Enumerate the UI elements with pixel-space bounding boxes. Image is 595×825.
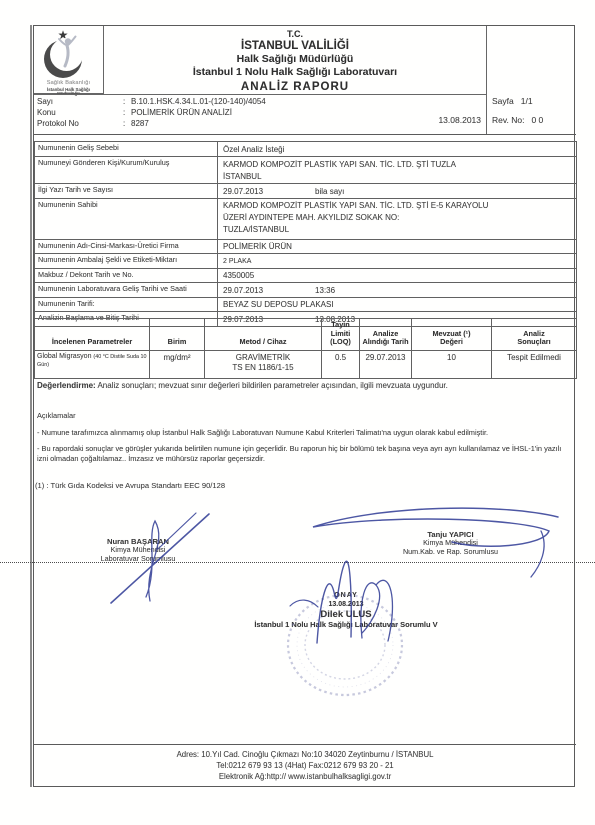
evaluation-line: Değerlendirme: Analiz sonuçları; mevzuat… <box>37 381 571 390</box>
col-loq: Tayin Limiti (LOQ) <box>322 319 360 351</box>
header-meta: Sayı:B.10.1.HSK.4.34.L.01-(120-140)/4054… <box>34 96 486 129</box>
col-analysis-date: Analize Alındığı Tarih <box>360 319 412 351</box>
page-info-cell: Sayfa1/1 Rev. No:0 0 <box>486 26 576 134</box>
info-row: Numunenin Adı-Cinsi-Markası-Üretici Firm… <box>35 239 577 254</box>
info-row: Numunenin Ambalaj Şekli ve Etiketi-Mikta… <box>35 254 577 269</box>
title-laboratory: İstanbul 1 Nolu Halk Sağlığı Laboratuvar… <box>104 66 486 79</box>
results-header-row: İncelenen Parametreler Birim Metod / Cih… <box>35 319 577 351</box>
divider <box>34 134 576 135</box>
meta-row-sayi: Sayı:B.10.1.HSK.4.34.L.01-(120-140)/4054 <box>34 96 486 107</box>
info-row: Numunenin Geliş Sebebi Özel Analiz İsteğ… <box>35 142 577 157</box>
scan-edge-artifact <box>30 25 32 787</box>
revision-number: Rev. No:0 0 <box>492 115 543 125</box>
info-row: Numuneyi Gönderen Kişi/Kurum/Kuruluş KAR… <box>35 157 577 184</box>
result-cell: Tespit Edilmedi <box>492 351 577 379</box>
title-governorship: İSTANBUL VALİLİĞİ <box>104 40 486 53</box>
logo-caption: Sağlık Bakanlığı <box>34 80 103 86</box>
approver-title: İstanbul 1 Nolu Halk Sağlığı Laboratuvar… <box>214 620 478 630</box>
regulation-value-cell: 10 <box>412 351 492 379</box>
col-method: Metod / Cihaz <box>205 319 322 351</box>
logo-cell: ★ Sağlık Bakanlığı İstanbul Halk Sağlığı… <box>34 26 104 94</box>
note-item: - Bu rapordaki sonuçlar ve görüşler yuka… <box>37 444 571 463</box>
footer-address: Adres: 10.Yıl Cad. Cinoğlu Çıkmazı No:10… <box>34 749 576 760</box>
meta-row-konu: Konu:POLİMERİK ÜRÜN ANALİZİ <box>34 107 486 118</box>
method-cell: GRAVİMETRİKTS EN 1186/1-15 <box>205 351 322 379</box>
info-row: İlgi Yazı Tarih ve Sayısı 29.07.2013bila… <box>35 184 577 199</box>
col-regulation-value: Mevzuat (¹) Değeri <box>412 319 492 351</box>
notes-block: Açıklamalar - Numune tarafımızca alınmam… <box>37 411 571 463</box>
divider <box>34 94 486 95</box>
col-result: Analiz Sonuçları <box>492 319 577 351</box>
report-frame: ★ Sağlık Bakanlığı İstanbul Halk Sağlığı… <box>33 25 575 787</box>
approver-name: Dilek ULUS <box>214 609 478 620</box>
signatory-right: Tanju YAPICI Kimya Mühendisi Num.Kab. ve… <box>378 530 523 557</box>
footer-phone: Tel:0212 679 93 13 (4Hat) Fax:0212 679 9… <box>34 760 576 771</box>
footer-block: Adres: 10.Yıl Cad. Cinoğlu Çıkmazı No:10… <box>34 744 576 788</box>
info-row: Numunenin Laboratuvara Geliş Tarihi ve S… <box>35 283 577 298</box>
evaluation-text: Analiz sonuçları; mevzuat sınır değerler… <box>97 381 447 390</box>
approval-word: ONAY <box>214 591 478 600</box>
approval-date: 13.08.2013 <box>214 600 478 609</box>
report-title: ANALİZ RAPORU <box>104 80 486 95</box>
footer-web: Elektronik Ağ:http:// www.istanbulhalksa… <box>34 771 576 782</box>
scanned-analysis-report: ★ Sağlık Bakanlığı İstanbul Halk Sağlığı… <box>0 0 595 825</box>
results-table: İncelenen Parametreler Birim Metod / Cih… <box>34 318 577 379</box>
loq-cell: 0.5 <box>322 351 360 379</box>
footnote: (1) : Türk Gıda Kodeksi ve Avrupa Standa… <box>35 481 225 490</box>
info-row: Makbuz / Dekont Tarih ve No. 4350005 <box>35 268 577 283</box>
info-row: Numunenin Sahibi KARMOD KOMPOZİT PLASTİK… <box>35 198 577 239</box>
info-row: Numunenin Tarifi: BEYAZ SU DEPOSU PLAKAS… <box>35 297 577 312</box>
signatory-left: Nuran BAŞARAN Kimya Mühendisi Laboratuva… <box>73 537 203 564</box>
evaluation-label: Değerlendirme: <box>37 381 96 390</box>
note-item: - Numune tarafımızca alınmamış olup İsta… <box>37 428 571 438</box>
header-title-block: T.C. İSTANBUL VALİLİĞİ Halk Sağlığı Müdü… <box>104 29 486 95</box>
col-parameter: İncelenen Parametreler <box>35 319 150 351</box>
meta-row-protokol: Protokol No:8287 <box>34 118 486 129</box>
results-row: Global Migrasyon (40 °C Distile Suda 10 … <box>35 351 577 379</box>
analysis-date-cell: 29.07.2013 <box>360 351 412 379</box>
title-directorate: Halk Sağlığı Müdürlüğü <box>104 53 486 66</box>
cut-dotted-line <box>0 562 595 563</box>
signatory-title: Num.Kab. ve Rap. Sorumlusu <box>378 548 523 557</box>
sample-info-table: Numunenin Geliş Sebebi Özel Analiz İsteğ… <box>34 141 577 327</box>
page-number: Sayfa1/1 <box>492 96 533 106</box>
approval-block: ONAY 13.08.2013 Dilek ULUS İstanbul 1 No… <box>214 591 478 630</box>
col-unit: Birim <box>150 319 205 351</box>
parameter-cell: Global Migrasyon (40 °C Distile Suda 10 … <box>35 351 150 379</box>
notes-title: Açıklamalar <box>37 411 571 421</box>
unit-cell: mg/dm² <box>150 351 205 379</box>
title-tc: T.C. <box>104 29 486 40</box>
